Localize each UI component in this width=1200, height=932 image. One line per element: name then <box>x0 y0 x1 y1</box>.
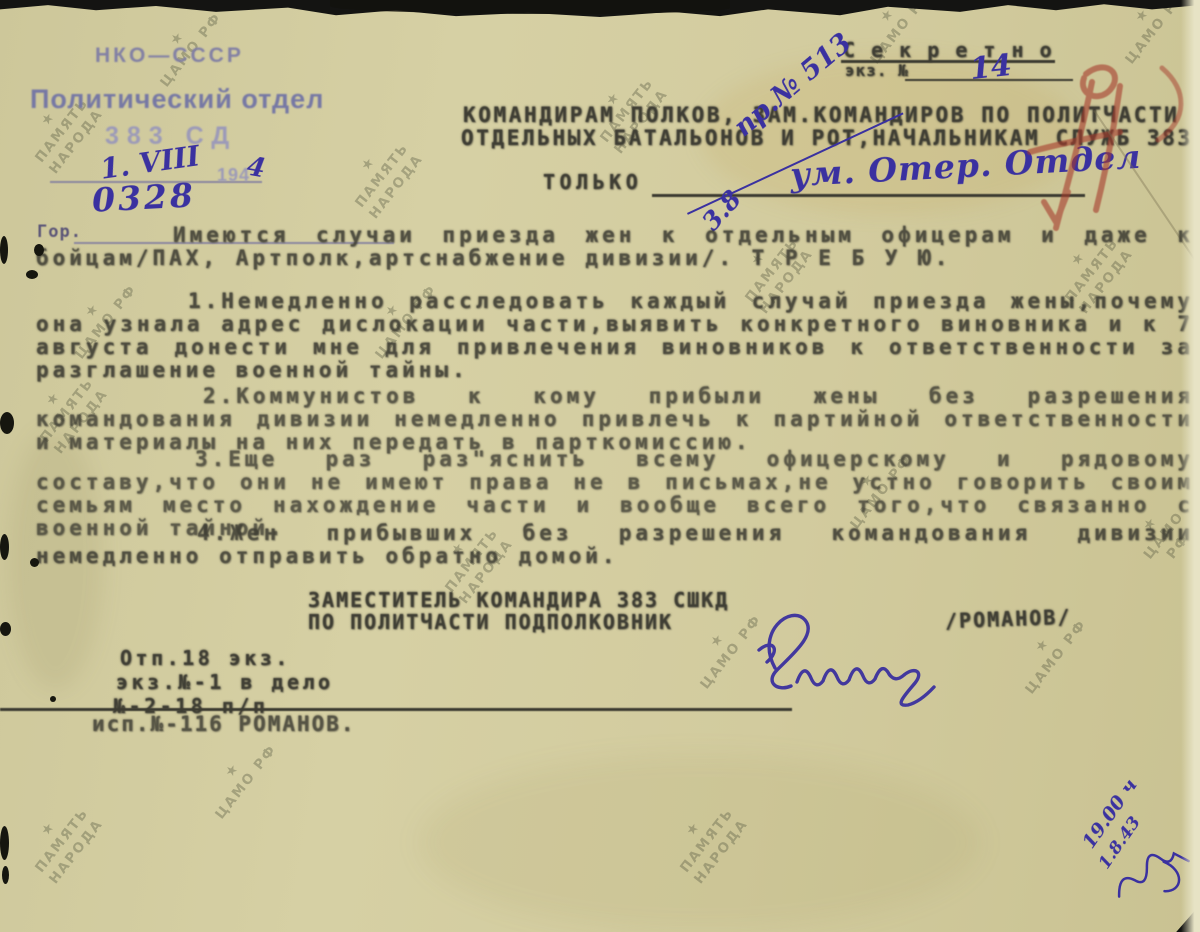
star-icon: ★ <box>708 632 727 651</box>
ink-blot <box>2 866 9 884</box>
star-icon: ★ <box>1133 7 1152 26</box>
star-icon: ★ <box>878 7 897 26</box>
watermark-text: ПАМЯТЬ НАРОДА <box>22 793 116 899</box>
body-paragraph-1: 1.Немедленно расследовать каждый случай … <box>36 290 1194 382</box>
signature-title-line1: ЗАМЕСТИТЕЛЬ КОМАНДИРА 383 СШКД <box>308 588 729 612</box>
watermark: ★ЦАМО РФ <box>199 731 281 823</box>
document-page: ★ЦАМО РФ ★ПАМЯТЬ НАРОДА ★ПАМЯТЬ НАРОДА ★… <box>0 0 1200 932</box>
footer-long-line <box>0 708 792 711</box>
copy-label: экз. № <box>845 61 909 80</box>
scan-top-blob <box>330 0 730 14</box>
scan-right-edge <box>1181 0 1200 932</box>
only-label: ТОЛЬКО <box>543 170 642 194</box>
watermark: ★ПАМЯТЬ НАРОДА <box>330 118 437 234</box>
star-icon: ★ <box>683 820 702 839</box>
footer-copies: Отп.18 экз. <box>120 646 291 670</box>
ink-blot <box>26 270 38 279</box>
ink-blot <box>34 244 44 256</box>
ink-blot <box>0 236 8 264</box>
copy-number-handwritten: 14 <box>968 48 1013 87</box>
stamp-dept: Политический отдел <box>30 84 324 115</box>
red-pencil-mark <box>1008 52 1158 252</box>
footer-copy1: экз.№-1 в дело <box>116 670 334 694</box>
ink-blot <box>0 826 9 860</box>
star-icon: ★ <box>38 820 57 839</box>
stamp-year-handwritten: 4 <box>245 152 268 185</box>
ink-blot <box>0 622 11 636</box>
ink-blot <box>50 696 56 702</box>
watermark: ★ПАМЯТЬ НАРОДА <box>10 783 117 899</box>
body-paragraph-2: 2.Коммунистов к кому прибыли жены без ра… <box>36 385 1194 454</box>
watermark: ★ПАМЯТЬ НАРОДА <box>655 783 762 899</box>
ink-blot <box>0 534 9 560</box>
signature-name: /РОМАНОВ/ <box>945 605 1072 633</box>
ink-blot <box>0 412 14 434</box>
body-paragraph-4: 4.Жен прибывших без разрешения командова… <box>36 522 1194 568</box>
signature-ink <box>745 596 950 726</box>
paper-stain <box>420 755 980 930</box>
star-icon: ★ <box>223 762 242 781</box>
star-icon: ★ <box>1033 637 1052 656</box>
watermark-text: ПАМЯТЬ НАРОДА <box>342 128 436 234</box>
signature-title-line2: ПО ПОЛИТЧАСТИ ПОДПОЛКОВНИК <box>308 610 673 634</box>
watermark-text: ПАМЯТЬ НАРОДА <box>667 793 761 899</box>
star-icon: ★ <box>358 155 377 174</box>
body-paragraph-intro: Имеются случаи приезда жен к отдельным о… <box>36 224 1194 270</box>
ink-blot <box>30 558 39 567</box>
stamp-org: НКО—СССР <box>95 44 244 68</box>
footer-executor: исп.№-116 РОМАНОВ. <box>92 712 356 736</box>
watermark-text: ЦАМО РФ <box>211 741 281 823</box>
stamp-number-handwritten: 0328 <box>91 175 197 219</box>
